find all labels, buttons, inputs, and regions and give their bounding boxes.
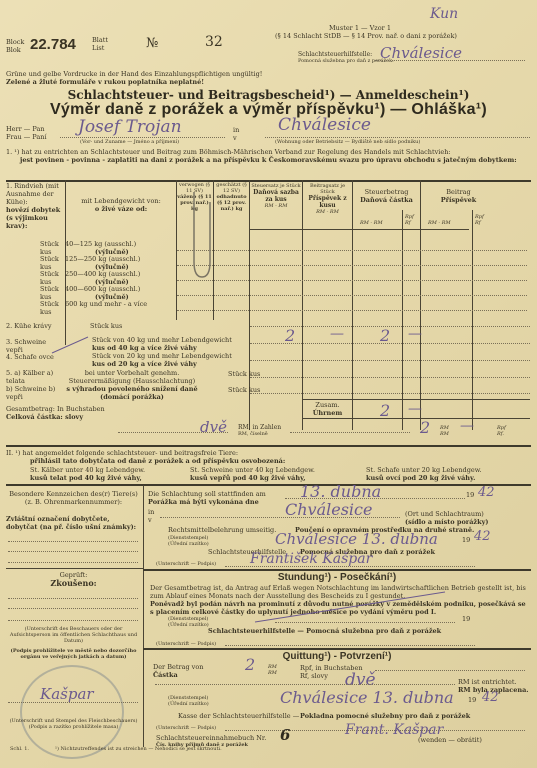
cattle-row: Stück kus400—600 kg (ausschl.)(výlučně) [40,285,176,300]
receipt-stamp-caption: (Dienststempel)(Úřední razítko) [168,695,209,707]
slaughter-date-label: Die Schlachtung soll stattfinden amPoráž… [148,490,266,506]
row-cows: 2. Kühe krávy [6,322,52,330]
receipt-sign-label: (Unterschrift — Podpis) [156,725,216,731]
deferral-title: Stundung¹) - Posečkání¹) [143,572,531,583]
exempt-sheep: St. Schafe unter 20 kg Lebendgew.kusů ov… [366,466,482,482]
exempt-calves: St. Kälber unter 40 kg Lebendgew.kusů te… [30,466,145,482]
signature-caption-cz: (Podpis prohlížitele ve městě nebo dozor… [6,648,141,660]
in-label: inv [233,126,239,142]
stamp-caption: (Unterschrift und Stempel des Fleischbes… [6,718,141,730]
cattle-row: Stück kus125—250 kg (ausschl.)(výlučně) [40,255,176,270]
receipt-date: Chválesice 13. dubna [280,688,454,707]
receipt-year: 42 [482,690,499,705]
col-tax-amount: SteuerbetragDaňová částka [353,188,420,204]
slaughter-signature: František Kašpar [250,551,372,567]
section2-intro-de: II. ¹) hat angemeldet folgende schlachts… [6,449,238,457]
checked-label: Geprüft:Zkoušeno: [6,571,141,588]
salutation: Herr — PanFrau — Paní [6,125,47,141]
cattle-row: Stück kus600 kg und mehr - a více [40,300,176,315]
number-sign: № [146,36,158,51]
official-stamp-icon [20,665,124,759]
strike-line [250,590,450,625]
warning-cz: Zelené a žluté formuláře v rukou poplatn… [6,78,204,86]
name-caption: (Vor- und Zuname — Jméno a příjmení) [80,139,179,145]
deferral-office: Schlachtsteuerhilfstelle — Pomocná služe… [208,627,441,635]
deferral-year-prefix: 19 [462,615,470,623]
row-pigs-desc: Stück von 40 kg und mehr Lebendgewichtku… [92,336,250,352]
sheet-label: BlattList [92,36,108,52]
contrib-unit-rpf: Rpf Rf [475,214,489,226]
form-reference: (§ 14 Schlacht StDB — § 14 Prov. nař. o … [275,32,457,40]
form-model: Muster 1 — Vzor 1 [300,24,420,32]
section1-intro-de: 1. ¹) hat zu entrichten an Schlachtsteue… [6,148,531,156]
issued-year-prefix: 19 [462,536,470,544]
sum-rpf-label: Rpf Rf. [497,425,509,437]
sum-rpf-value: — [460,418,474,434]
receipt-book-number: 6 [280,726,290,744]
col-animal: 1. Rindvieh (mit Ausnahme der Kühe):hově… [6,182,64,230]
sum-words-value: dvě [200,418,227,436]
col-tax-rate: Steuersatz je StückDaňová sazba za kusRM… [250,183,302,209]
cattle-row: Stück kus250—400 kg (ausschl.)(výlučně) [40,270,176,285]
contrib-unit-rm: RM - RM [428,220,451,226]
row-cows-unit: Stück kus [90,322,122,330]
issued-year: 42 [474,529,491,544]
slaughter-place-caption: (Ort und Schlachtraum)(sídlo a místo por… [405,510,488,526]
cattle-weight-rows: Stück kus40—125 kg (ausschl.)(výlučně) S… [40,240,176,315]
paperclip-icon [188,192,216,282]
col-contrib-rate: Beitragsatz je StückPříspěvek z kusuRM -… [303,183,352,215]
row5-unit-b: Stück kus [228,386,260,394]
col-weight: mit Lebendgewicht von:o živé váze od: [66,197,176,213]
tax-unit-rm: RM - RM [360,220,383,226]
row-home-slaughter-desc: bei unter Vorbehalt genehm. Steuerermäßi… [62,369,202,401]
block-label: BlockBlok [6,38,24,54]
receipt-cashier-de: Kasse der Schlachtsteuerhilfstelle — [178,712,299,720]
receipt-title: Quittung¹) - Potvrzení¹) [143,651,531,662]
deferral-sign-label: (Unterschrift — Podpis) [156,641,216,647]
signature-caption-de: (Unterschrift des Beschauers oder der Au… [6,626,141,644]
section1-intro-cz: jest povinen - povinna - zaplatiti na da… [20,156,530,164]
place-caption: (Wohnung oder Betriebsitz — Bydliště neb… [275,139,420,145]
col-estimated: geschätzt (§ 12 SV)odhadnuto (§ 12 prov.… [214,182,249,212]
row-sheep-label: 4. Schafe ovce [6,353,56,361]
sum-words-label: Gesamtbetrag: In BuchstabenCelková částk… [6,405,105,421]
name-value: Josef Trojan [78,117,182,137]
document-page: BlockBlok 22.784 BlattList № 32 Kun Must… [0,0,537,768]
rm-digits-label: RM, in ZahlenRM, číselně [238,425,281,437]
total-label: Zusam.Úhrnem [303,401,352,417]
pigs-tax-rate: 2 [285,326,295,345]
section2-intro-cz: přihlásil tato dobytčata od daně z poráž… [30,457,285,465]
row-pigs-label: 3. Schweine vepři [6,338,56,354]
exempt-pigs: St. Schweine unter 40 kg Lebendgew.kusů … [190,466,315,482]
block-number: 22.784 [30,36,76,53]
receipt-amount-label: Der Betrag vonČástka [153,663,203,679]
receipt-amount: 2 [245,655,255,674]
col-contribution: BeitragPříspěvek [421,188,496,204]
slaughter-year: 42 [478,485,495,500]
cattle-row: Stück kus40—125 kg (ausschl.)(výlučně) [40,240,176,255]
year-prefix: 19 [466,491,474,499]
sum-rm-label: RM RM [440,425,452,437]
row-calves-label: 5. a) Kälber a) telatab) Schweine b) vep… [6,369,61,401]
receipt-rm: RM RM [268,664,282,676]
slaughter-stamp-caption: (Dienststempel)(Úřední razítko) [168,535,209,547]
tax-unit-rpf: Rpf Rf [405,214,419,226]
sum-digits-value: 2 [420,418,430,437]
row-sheep-desc: Stück von 20 kg und mehr Lebendgewichtku… [92,352,250,368]
form-id: Schl. 1. [10,746,29,752]
initials-handwritten: Kun [430,6,458,22]
issued-place-date: Chválesice 13. dubna [275,530,438,548]
total-tax-rpf: — [408,401,422,417]
warning-de: Grüne und gelbe Vordrucke in der Hand de… [6,70,262,78]
pigs-contrib-rate: — [330,326,344,342]
turn-over-note: (wenden — obrátit) [418,736,482,744]
receipt-words: dvě [345,670,376,690]
receipt-year-prefix: 19 [468,696,476,704]
special-marks-label: Besondere Kennzeichen des(r) Tiere(s) (z… [6,490,141,506]
title-german: Schlachtsteuer- und Beitragsbescheid¹) —… [0,88,537,102]
row5-unit-a: Stück kus [228,370,260,378]
place-value: Chválesice [278,115,371,135]
receipt-cashier-cz: Pokladna pomocné služebny pro daň z porá… [300,712,470,720]
pigs-tax-rpf: — [408,326,422,342]
strike-line [50,335,90,355]
inspector-signature: Kašpar [40,685,94,703]
pigs-tax-amount: 2 [380,326,390,345]
deferral-stamp-caption: (Dienststempel)(Úřední razítko) [168,616,209,628]
slaughter-sign-label: (Unterschrift — Podpis) [156,561,216,567]
appeal-de: Rechtsmittelbelehrung umseitig. [168,526,276,534]
slaughter-place-in: inv [148,508,154,524]
special-marks-label-cz: Zvláštní označení dobytčete, dobytčat (n… [6,515,141,531]
receipt-book-label: Schlachtsteuereinnahmebuch Nr.Čís. knihy… [156,734,266,748]
document-number: 32 [205,34,223,50]
